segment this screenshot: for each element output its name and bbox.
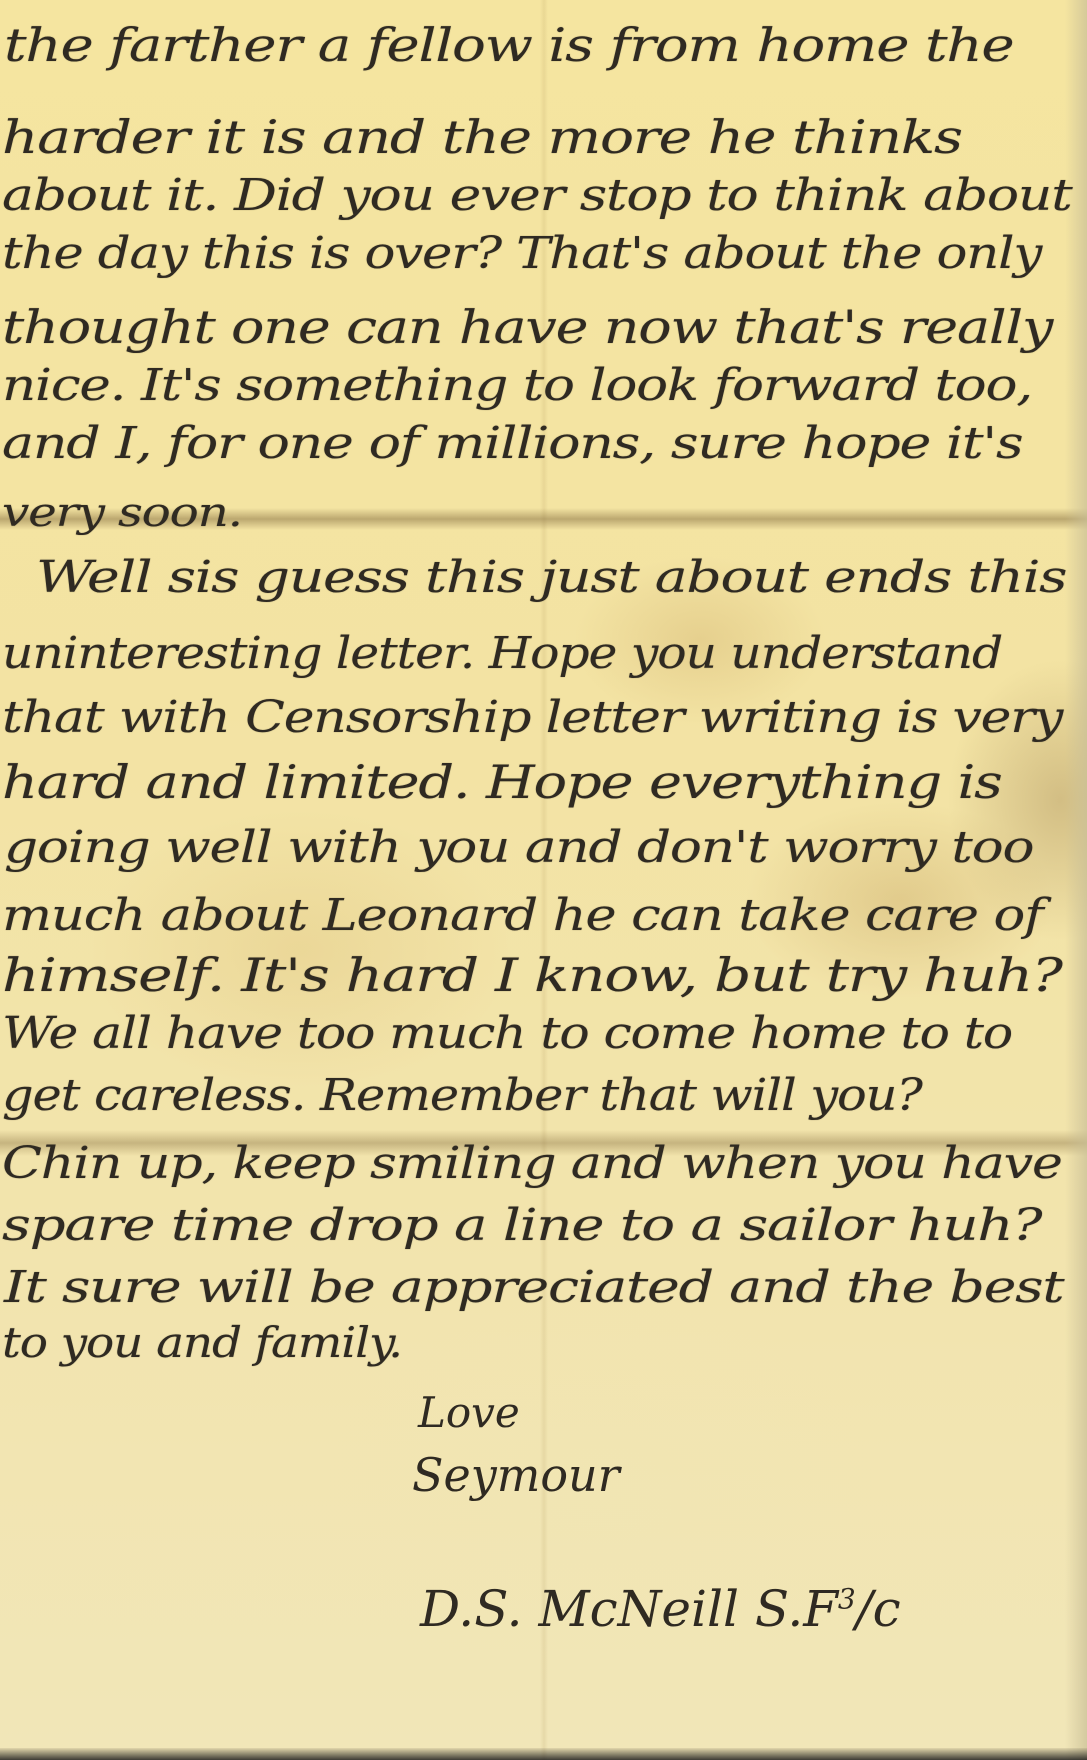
letter-line: to you and family. xyxy=(2,1318,402,1367)
letter-line: get careless. Remember that will you? xyxy=(2,1070,922,1121)
closing-love: Love xyxy=(418,1388,520,1437)
letter-line: the farther a fellow is from home the xyxy=(4,18,1014,72)
rating-suffix: /c xyxy=(856,1580,901,1638)
letter-line: Well sis guess this just about ends this xyxy=(36,552,1066,603)
letter-line: spare time drop a line to a sailor huh? xyxy=(2,1200,1041,1251)
signature-full-text: D.S. McNeill S.F xyxy=(420,1580,838,1638)
paper-right-edge xyxy=(1065,0,1087,1760)
letter-line: Chin up, keep smiling and when you have xyxy=(2,1138,1062,1189)
letter-line: uninteresting letter. Hope you understan… xyxy=(2,628,1002,679)
letter-line: harder it is and the more he thinks xyxy=(2,110,962,164)
letter-line: and I, for one of millions, sure hope it… xyxy=(2,418,1022,469)
letter-line: much about Leonard he can take care of xyxy=(2,890,1042,941)
letter-line: himself. It's hard I know, but try huh? xyxy=(2,948,1062,1002)
letter-line: that with Censorship letter writing is v… xyxy=(2,692,1062,743)
letter-line: nice. It's something to look forward too… xyxy=(2,360,1032,411)
letter-line: hard and limited. Hope everything is xyxy=(2,755,1002,809)
paper-bottom-edge xyxy=(0,1748,1087,1760)
letter-line: thought one can have now that's really xyxy=(2,300,1052,354)
letter-line: very soon. xyxy=(2,490,242,536)
letter-line: going well with you and don't worry too xyxy=(4,822,1033,873)
rating-superscript: 3 xyxy=(838,1582,856,1615)
letter-line: It sure will be appreciated and the best xyxy=(4,1262,1063,1313)
signature-full: D.S. McNeill S.F3/c xyxy=(420,1580,901,1638)
letter-line: We all have too much to come home to to xyxy=(2,1008,1012,1059)
signature-name: Seymour xyxy=(412,1448,620,1502)
letter-line: the day this is over? That's about the o… xyxy=(2,228,1041,279)
letter-line: about it. Did you ever stop to think abo… xyxy=(2,170,1072,221)
